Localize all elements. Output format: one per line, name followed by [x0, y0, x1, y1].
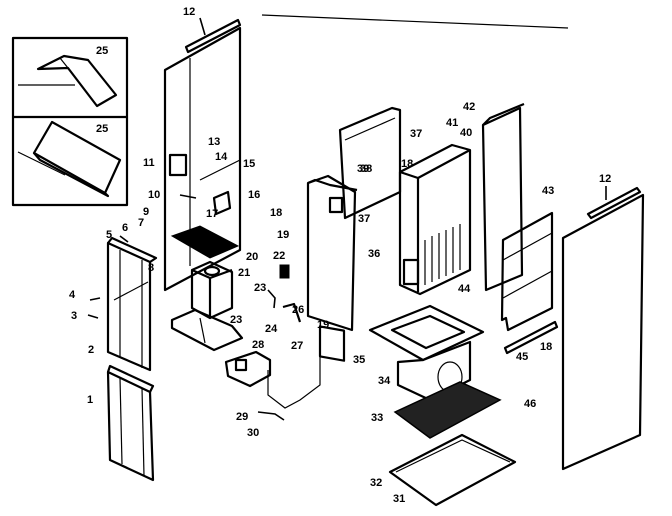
callout-42: 42	[463, 102, 475, 113]
callout-19-lower: 19	[317, 320, 329, 331]
callout-23-upper: 23	[254, 283, 266, 294]
callout-12-right: 12	[599, 174, 611, 185]
callout-2: 2	[88, 345, 94, 356]
callout-41: 41	[446, 118, 458, 129]
part-25-upper-view	[18, 56, 116, 106]
callout-19-upper: 19	[277, 230, 289, 241]
callout-6: 6	[122, 223, 128, 234]
callout-30: 30	[247, 428, 259, 439]
callout-34: 34	[378, 376, 390, 387]
combustion-chamber	[192, 262, 232, 318]
callout-1: 1	[87, 395, 93, 406]
callout-26: 26	[292, 305, 304, 316]
callout-31: 31	[393, 494, 405, 505]
burner-plate	[172, 226, 238, 258]
callout-13: 13	[208, 137, 220, 148]
gas-valve-bracket	[226, 345, 320, 408]
callout-32: 32	[370, 478, 382, 489]
callout-33: 33	[371, 413, 383, 424]
callout-3: 3	[71, 311, 77, 322]
callout-8: 8	[148, 263, 154, 274]
callout-37-upper: 37	[410, 129, 422, 140]
callout-43: 43	[542, 186, 554, 197]
callout-27: 27	[291, 341, 303, 352]
callout-44: 44	[458, 284, 470, 295]
callout-40: 40	[460, 128, 472, 139]
callout-29: 29	[236, 412, 248, 423]
reference-line	[262, 15, 568, 28]
center-access-panel	[308, 176, 357, 361]
callout-20: 20	[246, 252, 258, 263]
callout-17: 17	[206, 209, 218, 220]
callout-7: 7	[138, 218, 144, 229]
callout-24: 24	[265, 324, 277, 335]
callout-18-mid: 18	[401, 159, 413, 170]
exploded-parts-diagram	[0, 0, 672, 516]
callout-35: 35	[353, 355, 365, 366]
callout-45: 45	[516, 352, 528, 363]
callout-18-left: 18	[270, 208, 282, 219]
front-panel-lower	[108, 366, 153, 480]
control-bracket	[170, 155, 240, 214]
bottom-pan	[390, 435, 515, 505]
callout-10: 10	[148, 190, 160, 201]
callout-4: 4	[69, 290, 75, 301]
callout-36: 36	[368, 249, 380, 260]
callout-21: 21	[238, 268, 250, 279]
callout-18-right: 18	[540, 342, 552, 353]
right-side-panel	[563, 186, 643, 469]
inset-label-top: 25	[96, 46, 108, 57]
callout-39: 39	[357, 164, 369, 175]
callout-5: 5	[106, 230, 112, 241]
callout-46: 46	[524, 399, 536, 410]
panel-43	[502, 213, 557, 353]
inset-panel	[13, 38, 127, 205]
inset-label-bottom: 25	[96, 124, 108, 135]
callout-9: 9	[143, 207, 149, 218]
callout-15: 15	[243, 159, 255, 170]
callout-12-left: 12	[183, 7, 195, 18]
callout-37-lower: 37	[358, 214, 370, 225]
callout-23-lower: 23	[230, 315, 242, 326]
callout-11: 11	[143, 158, 155, 169]
callout-14: 14	[215, 152, 227, 163]
callout-16: 16	[248, 190, 260, 201]
callout-22: 22	[273, 251, 285, 262]
front-panel-upper	[108, 238, 156, 370]
callout-28: 28	[252, 340, 264, 351]
